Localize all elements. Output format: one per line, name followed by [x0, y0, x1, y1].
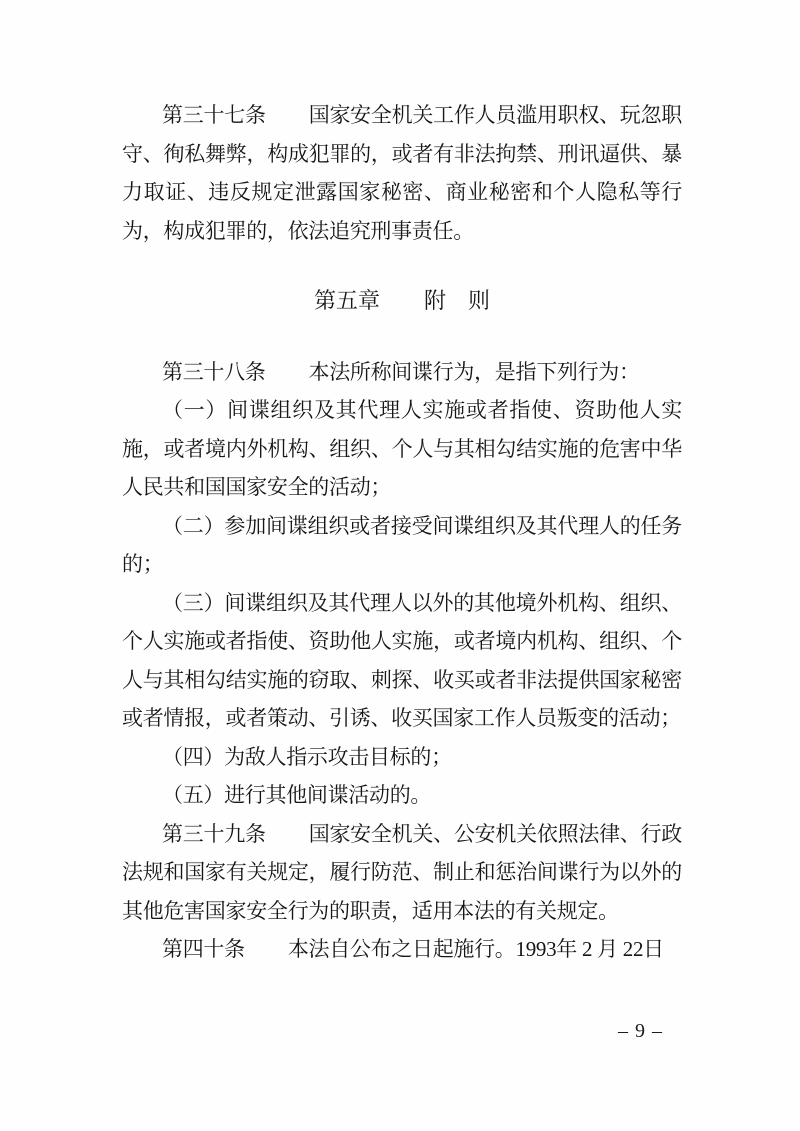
- spy-act-item-5: （五）进行其他间谍活动的。: [122, 776, 682, 815]
- spy-act-item-3: （三）间谍组织及其代理人以外的其他境外机构、组织、个人实施或者指使、资助他人实施…: [122, 584, 682, 738]
- article-38-number: 第三十八条: [162, 360, 266, 384]
- article-39-paragraph: 第三十九条国家安全机关、公安机关依照法律、行政法规和国家有关规定，履行防范、制止…: [122, 815, 682, 931]
- spy-act-item-2: （二）参加间谍组织或者接受间谍组织及其代理人的任务的；: [122, 507, 682, 584]
- article-37-number: 第三十七条: [162, 103, 266, 127]
- document-page: 第三十七条国家安全机关工作人员滥用职权、玩忽职守、徇私舞弊，构成犯罪的，或者有非…: [0, 0, 800, 1131]
- spy-act-item-4: （四）为敌人指示攻击目标的；: [122, 738, 682, 777]
- document-body: 第三十七条国家安全机关工作人员滥用职权、玩忽职守、徇私舞弊，构成犯罪的，或者有非…: [122, 96, 682, 969]
- article-37-paragraph: 第三十七条国家安全机关工作人员滥用职权、玩忽职守、徇私舞弊，构成犯罪的，或者有非…: [122, 96, 682, 250]
- spy-act-item-1: （一）间谍组织及其代理人实施或者指使、资助他人实施，或者境内外机构、组织、个人与…: [122, 391, 682, 507]
- article-39-number: 第三十九条: [162, 822, 266, 846]
- article-40-number: 第四十条: [162, 937, 245, 961]
- page-number: – 9 –: [618, 1020, 663, 1043]
- article-40-text: 本法自公布之日起施行。1993年 2 月 22日: [288, 937, 664, 961]
- article-40-paragraph: 第四十条本法自公布之日起施行。1993年 2 月 22日: [122, 930, 682, 969]
- chapter-5-heading: 第五章 附 则: [122, 282, 682, 321]
- article-38-paragraph: 第三十八条本法所称间谍行为，是指下列行为：: [122, 353, 682, 392]
- article-38-text: 本法所称间谍行为，是指下列行为：: [309, 360, 640, 384]
